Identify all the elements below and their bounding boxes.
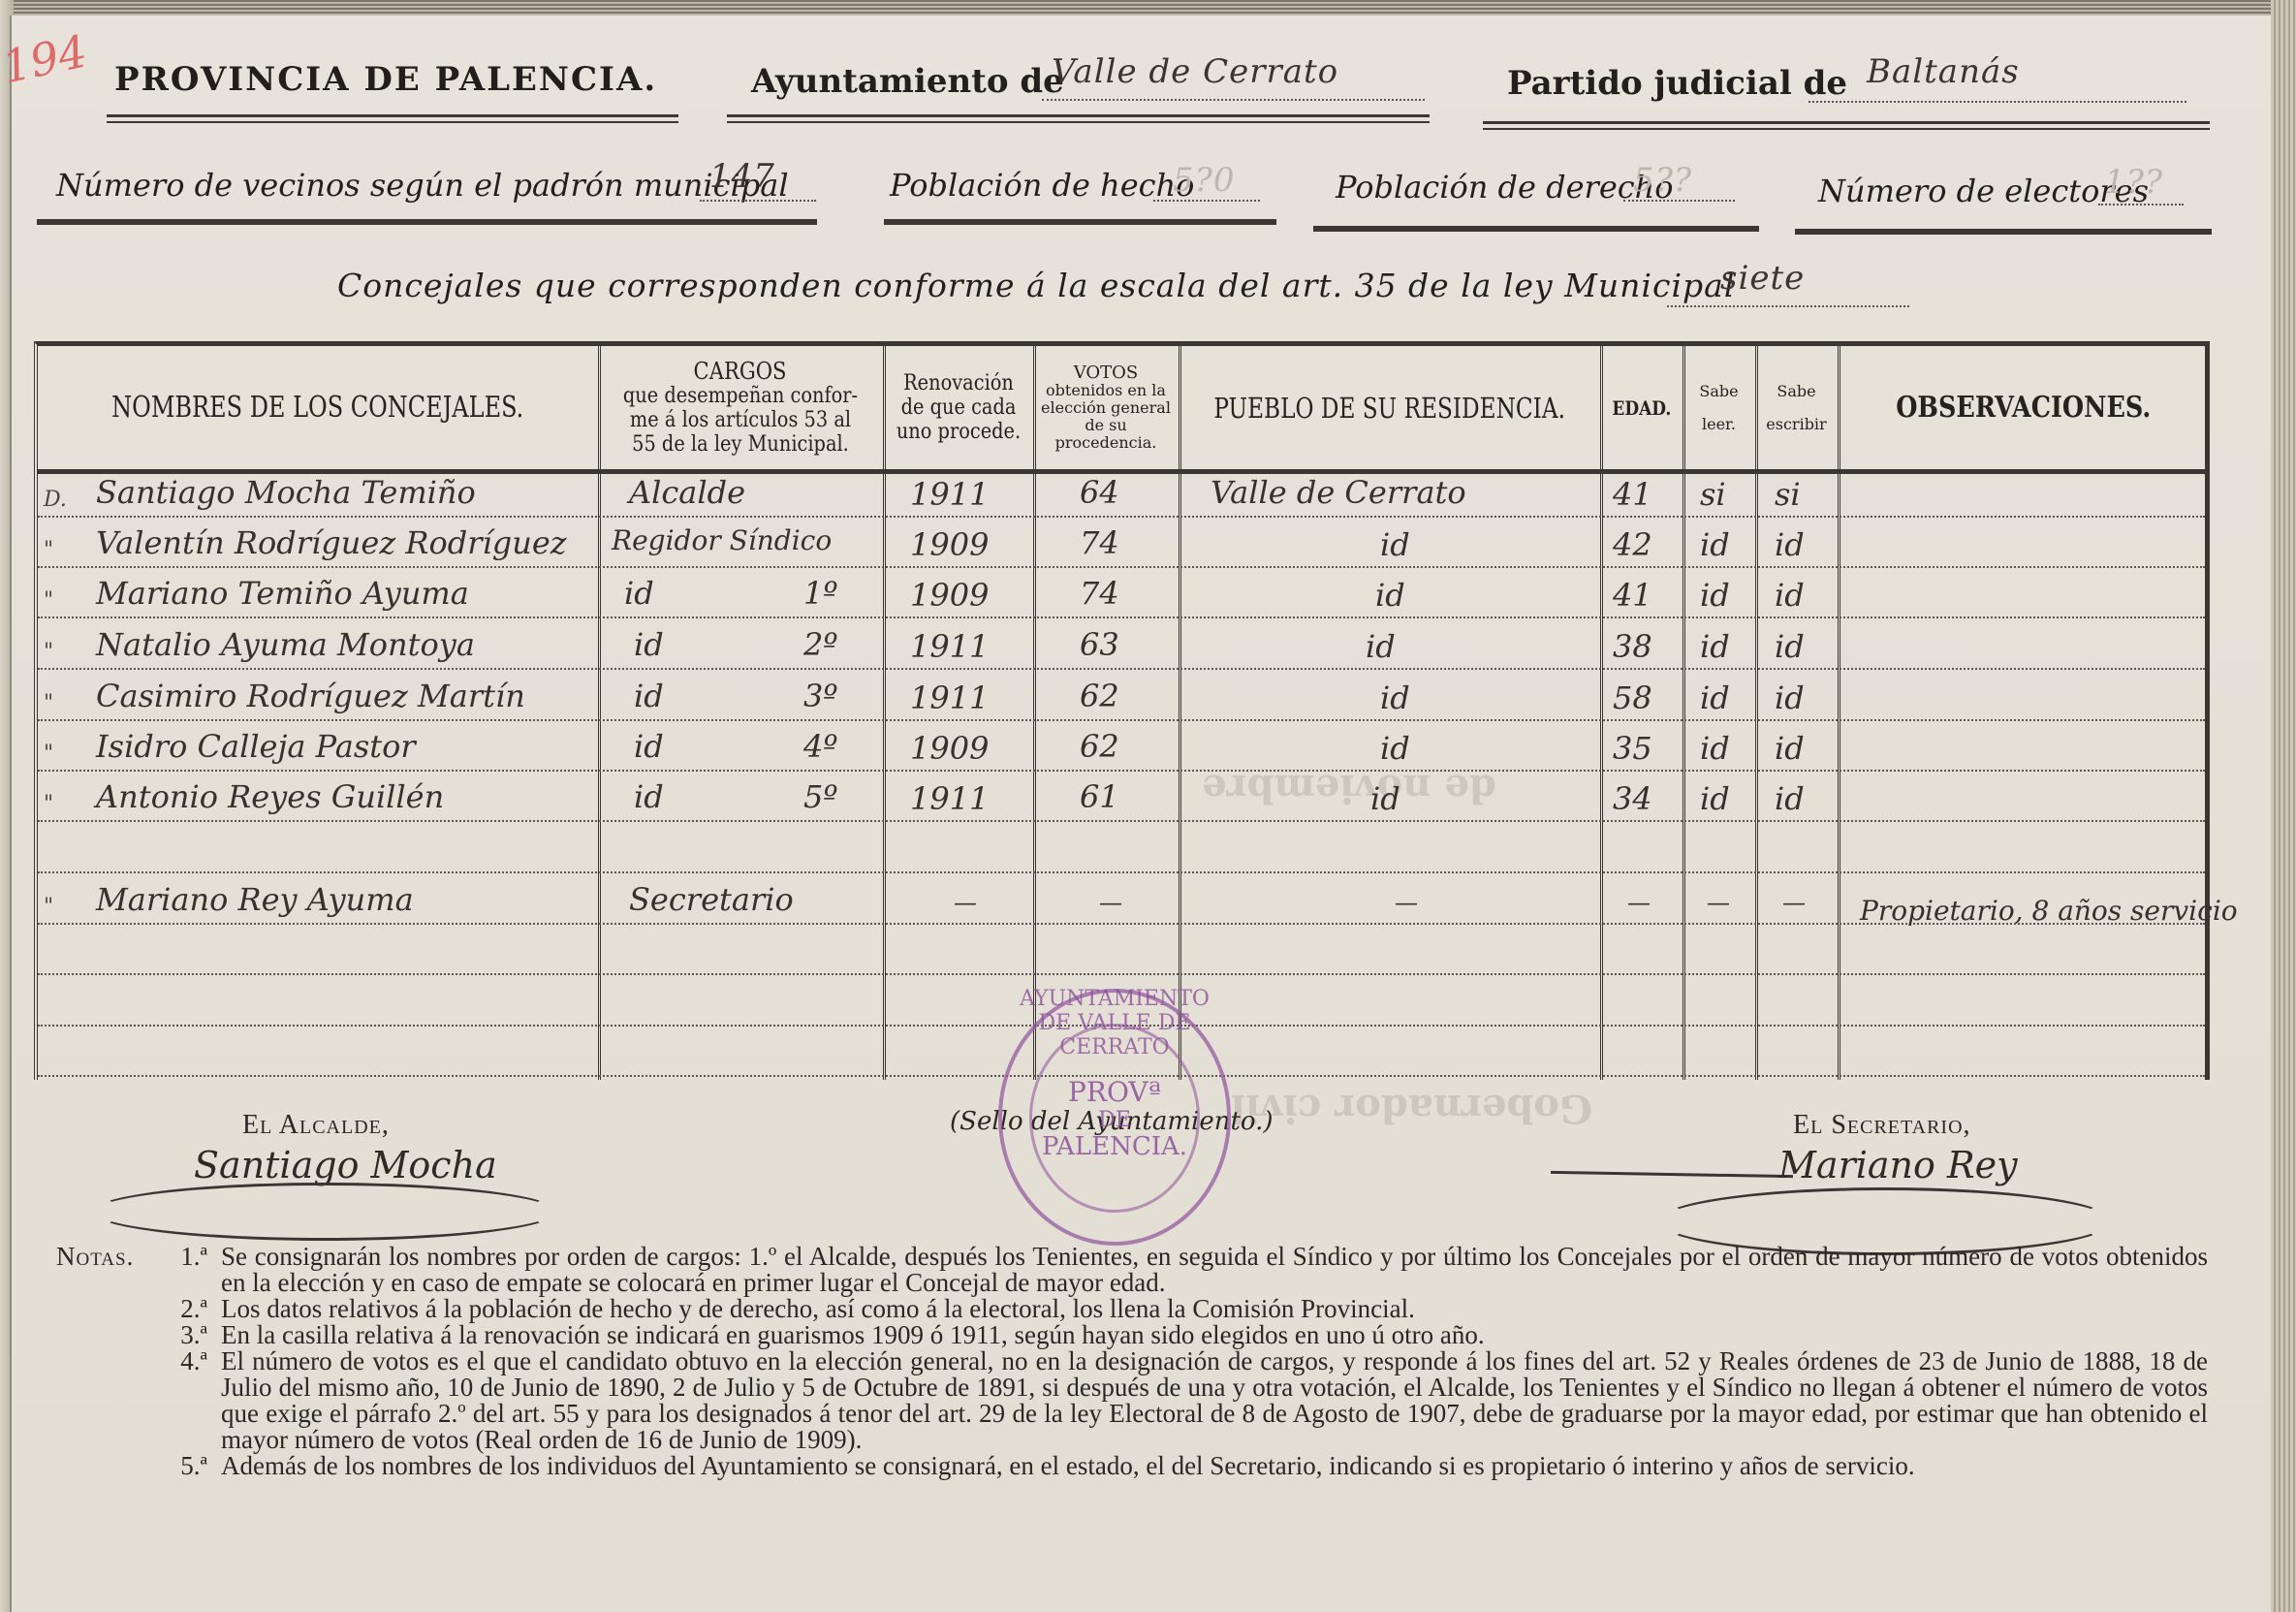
vecinos-field[interactable]: 147: [700, 165, 816, 202]
note-item: 3.ª En la casilla relativa á la renovaci…: [56, 1322, 2208, 1348]
note-item: 2.ª Los datos relativos á la población d…: [56, 1296, 2208, 1322]
cell-leer[interactable]: id: [1700, 730, 1730, 767]
cell-cargo[interactable]: Regidor Síndico: [612, 524, 832, 556]
rule: [107, 114, 678, 123]
rule: [1483, 121, 2210, 130]
cell-renovacion[interactable]: 1911: [910, 628, 989, 665]
cell-nombre[interactable]: Casimiro Rodríguez Martín: [96, 678, 525, 714]
cell-votos[interactable]: 64: [1080, 474, 1119, 511]
cell-edad[interactable]: 41: [1613, 577, 1652, 614]
cell-escribir[interactable]: —: [1782, 889, 1806, 916]
ayuntamiento-field[interactable]: Valle de Cerrato: [1042, 60, 1425, 101]
cell-cargo-num[interactable]: 5º: [803, 778, 837, 815]
cell-leer[interactable]: —: [1707, 889, 1730, 916]
seal-center: PROVª DE PALENCIA.: [1029, 1024, 1200, 1213]
col-header-edad: EDAD.: [1600, 346, 1683, 469]
cell-escribir[interactable]: si: [1775, 476, 1801, 513]
cell-leer[interactable]: si: [1700, 476, 1726, 513]
cell-cargo[interactable]: id: [634, 728, 664, 765]
cell-pueblo[interactable]: id: [1370, 780, 1400, 817]
cell-pueblo[interactable]: Valle de Cerrato: [1211, 474, 1466, 511]
seal-line: PALENCIA.: [1042, 1132, 1187, 1161]
cell-votos[interactable]: 63: [1080, 626, 1119, 663]
cell-escribir[interactable]: id: [1775, 780, 1805, 817]
cell-renovacion[interactable]: 1911: [910, 780, 989, 817]
cell-cargo[interactable]: Secretario: [629, 881, 794, 918]
cell-edad[interactable]: 35: [1613, 730, 1652, 767]
col-header-votos: VOTOS obtenidos en la elección general d…: [1033, 346, 1179, 469]
partido-value: Baltanás: [1867, 52, 2020, 91]
cell-cargo-num[interactable]: 2º: [803, 626, 837, 663]
cell-leer[interactable]: id: [1700, 628, 1730, 665]
rule: [37, 219, 817, 225]
vecinos-value: 147: [709, 157, 775, 196]
electores-field[interactable]: 1??: [2098, 171, 2184, 205]
cell-edad[interactable]: —: [1627, 889, 1651, 916]
col-header-sabe-escribir: Sabe escribir: [1755, 346, 1838, 469]
cell-leer[interactable]: id: [1700, 526, 1730, 563]
cell-edad[interactable]: 42: [1613, 526, 1652, 563]
ayuntamiento-label: Ayuntamiento de: [751, 62, 1064, 101]
note-number: 1.ª: [163, 1244, 221, 1296]
concejales-label: Concejales que corresponden conforme á l…: [337, 267, 1735, 304]
hecho-value: 5?0: [1173, 161, 1236, 200]
cell-escribir[interactable]: id: [1775, 680, 1805, 716]
cell-leer[interactable]: id: [1700, 577, 1730, 614]
secretario-label: El Secretario,: [1793, 1110, 1971, 1141]
col-header-cargos: CARGOS que desempeñan confor- me á los a…: [598, 346, 883, 469]
cell-votos[interactable]: 74: [1080, 575, 1119, 612]
note-number: 5.ª: [163, 1453, 221, 1479]
rule: [1313, 226, 1759, 232]
col-header-sabe-leer: Sabe leer.: [1683, 346, 1755, 469]
note-text: Los datos relativos á la población de he…: [221, 1296, 2208, 1322]
partido-label: Partido judicial de: [1507, 64, 1847, 103]
bleed-through-text: Gobernador civil: [1231, 1086, 1592, 1131]
row-rule: [38, 770, 2205, 772]
cell-votos[interactable]: 61: [1080, 778, 1119, 815]
cell-leer[interactable]: id: [1700, 680, 1730, 716]
cell-pueblo[interactable]: id: [1380, 730, 1410, 767]
row-rule: [38, 516, 2205, 518]
col-header-observaciones: OBSERVACIONES.: [1838, 346, 2209, 469]
note-number: 3.ª: [163, 1322, 221, 1348]
cell-cargo-num[interactable]: 3º: [803, 678, 837, 714]
seal-line: PROVª: [1068, 1076, 1161, 1108]
cell-cargo[interactable]: Alcalde: [629, 474, 745, 511]
col-header-renovacion: Renovación de que cada uno procede.: [883, 346, 1033, 469]
alcalde-signature: Santiago Mocha: [194, 1144, 497, 1186]
note-number: 2.ª: [163, 1296, 221, 1322]
cell-nombre[interactable]: Santiago Mocha Temiño: [96, 474, 476, 511]
row-rule: [38, 973, 2205, 975]
cell-renovacion[interactable]: —: [954, 889, 977, 916]
rule: [727, 114, 1430, 123]
cell-edad[interactable]: 41: [1613, 476, 1652, 513]
col-header-nombres: NOMBRES DE LOS CONCEJALES.: [38, 346, 598, 469]
cell-observaciones[interactable]: Propietario, 8 años servicio: [1860, 895, 2238, 927]
cell-nombre[interactable]: Mariano Temiño Ayuma: [96, 575, 469, 612]
row-rule: [38, 871, 2205, 873]
cell-nombre[interactable]: Valentín Rodríguez Rodríguez: [96, 524, 567, 561]
row-rule: [38, 668, 2205, 670]
derecho-value: 5??: [1633, 161, 1692, 200]
note-text: Se consignarán los nombres por orden de …: [221, 1244, 2208, 1296]
cell-pueblo[interactable]: id: [1380, 526, 1410, 563]
cell-escribir[interactable]: id: [1775, 628, 1805, 665]
cell-edad[interactable]: 34: [1613, 780, 1652, 817]
derecho-field[interactable]: 5??: [1623, 167, 1735, 202]
cell-renovacion[interactable]: 1909: [910, 577, 989, 614]
signature-flourish: [92, 1183, 557, 1241]
cell-nombre[interactable]: Natalio Ayuma Montoya: [96, 626, 475, 663]
municipal-seal: AYUNTAMIENTO DE VALLE DE CERRATO PROVª D…: [998, 989, 1231, 1246]
note-text: En la casilla relativa á la renovación s…: [221, 1322, 2208, 1348]
note-item: Notas. 1.ª Se consignarán los nombres po…: [56, 1244, 2208, 1296]
hecho-field[interactable]: 5?0: [1153, 167, 1260, 202]
note-text: Además de los nombres de los individuos …: [221, 1453, 2208, 1479]
concejales-table: NOMBRES DE LOS CONCEJALES. CARGOS que de…: [34, 341, 2210, 1080]
col-header-pueblo: PUEBLO DE SU RESIDENCIA.: [1179, 346, 1600, 469]
seal-line: DE: [1098, 1108, 1131, 1132]
concejales-value: siete: [1720, 259, 1805, 298]
cell-cargo[interactable]: id: [634, 626, 664, 663]
alcalde-label: El Alcalde,: [242, 1110, 390, 1141]
cell-nombre[interactable]: Isidro Calleja Pastor: [96, 728, 416, 765]
concejales-field[interactable]: siete: [1667, 269, 1909, 307]
cell-pueblo[interactable]: id: [1366, 628, 1396, 665]
rule: [1795, 229, 2212, 235]
partido-field[interactable]: Baltanás: [1808, 64, 2186, 103]
province-title: PROVINCIA DE PALENCIA.: [114, 60, 657, 99]
book-page-edges: [2271, 0, 2296, 1612]
notes-section: Notas. 1.ª Se consignarán los nombres po…: [56, 1244, 2208, 1479]
cell-cargo[interactable]: id: [634, 678, 664, 714]
cell-votos[interactable]: 62: [1080, 728, 1119, 765]
rule: [884, 219, 1276, 225]
cell-escribir[interactable]: id: [1775, 730, 1805, 767]
cell-votos[interactable]: 74: [1080, 524, 1119, 561]
cell-cargo-num[interactable]: 4º: [803, 728, 837, 765]
cell-cargo[interactable]: id: [624, 575, 654, 612]
row-rule: [38, 566, 2205, 568]
note-text: El número de votos es el que el candidat…: [221, 1348, 2208, 1453]
cell-edad[interactable]: 38: [1613, 628, 1652, 665]
cell-renovacion[interactable]: 1911: [910, 476, 989, 513]
note-item: 5.ª Además de los nombres de los individ…: [56, 1453, 2208, 1479]
note-item: 4.ª El número de votos es el que el cand…: [56, 1348, 2208, 1453]
cell-nombre[interactable]: Antonio Reyes Guillén: [96, 778, 444, 815]
cell-cargo[interactable]: id: [634, 778, 664, 815]
cell-edad[interactable]: 58: [1613, 680, 1652, 716]
cell-cargo-num[interactable]: 1º: [803, 575, 837, 612]
cell-nombre[interactable]: Mariano Rey Ayuma: [96, 881, 414, 918]
cell-escribir[interactable]: id: [1775, 526, 1805, 563]
ayuntamiento-value: Valle de Cerrato: [1052, 52, 1338, 91]
electores-value: 1??: [2104, 163, 2163, 202]
cell-pueblo[interactable]: id: [1380, 680, 1410, 716]
secretario-signature: Mariano Rey: [1778, 1144, 2018, 1186]
notes-heading: Notas.: [56, 1244, 163, 1296]
cell-pueblo[interactable]: id: [1375, 577, 1405, 614]
row-rule: [38, 719, 2205, 721]
cell-leer[interactable]: id: [1700, 780, 1730, 817]
hecho-label: Población de hecho: [890, 167, 1194, 204]
cell-votos[interactable]: 62: [1080, 678, 1119, 714]
row-rule: [38, 616, 2205, 618]
row-rule: [38, 820, 2205, 822]
vecinos-label: Número de vecinos según el padrón munici…: [56, 167, 789, 204]
cell-votos[interactable]: —: [1099, 889, 1122, 916]
note-number: 4.ª: [163, 1348, 221, 1453]
cell-pueblo[interactable]: —: [1395, 889, 1418, 916]
cell-renovacion[interactable]: 1911: [910, 680, 989, 716]
cell-renovacion[interactable]: 1909: [910, 526, 989, 563]
cell-escribir[interactable]: id: [1775, 577, 1805, 614]
cell-renovacion[interactable]: 1909: [910, 730, 989, 767]
